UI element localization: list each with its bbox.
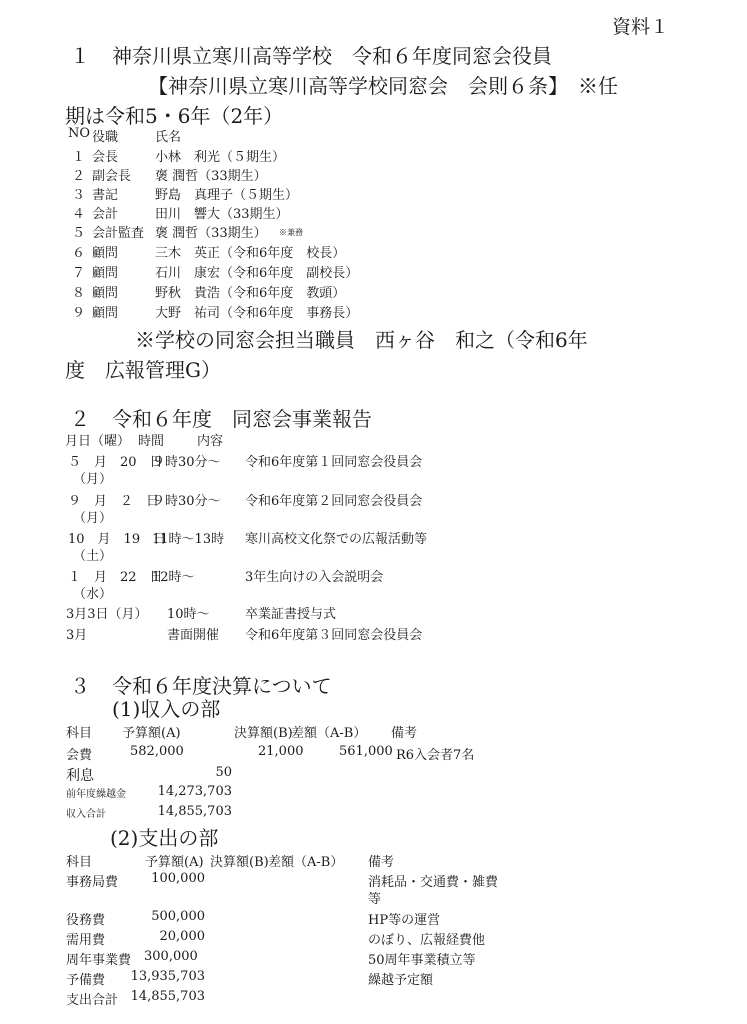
income-title: (1)収入の部 <box>112 693 220 722</box>
event-time: 書面開催 <box>167 624 219 643</box>
officer-no: ９ <box>72 302 85 321</box>
expense-note-cont: 等 <box>368 888 381 907</box>
staff-note-line1: ※学校の同窓会担当職員 西ヶ谷 和之（令和6年 <box>135 324 588 353</box>
event-weekday: （月） <box>73 468 112 487</box>
officer-role: 会長 <box>92 146 118 165</box>
expense-budget: 300,000 <box>144 949 198 964</box>
expense-budget: 14,855,703 <box>120 989 205 1004</box>
officer-name: 田川 響大（33期生） <box>155 203 289 222</box>
income-diff: 561,000 <box>339 744 393 759</box>
expense-item: 支出合計 <box>66 989 118 1008</box>
officers-header-name: 氏名 <box>155 126 181 145</box>
income-note: R6入会者7名 <box>396 744 474 763</box>
officer-role: 副会長 <box>92 165 131 184</box>
income-budget: 14,855,703 <box>150 804 232 819</box>
income-header-item: 科目 <box>66 722 92 741</box>
officer-role: 顧問 <box>92 262 118 281</box>
income-item: 会費 <box>66 744 92 763</box>
officer-name: 三木 英正（令和6年度 校長） <box>155 242 345 261</box>
event-date: 3月 <box>66 624 87 643</box>
expense-item: 予備費 <box>66 969 105 988</box>
expense-header-item: 科目 <box>66 851 92 870</box>
officer-role: 顧問 <box>92 302 118 321</box>
income-budget: 14,273,703 <box>150 784 232 799</box>
section3-number: ３ <box>70 670 90 699</box>
expense-note: 消耗品・交通費・雑費 <box>368 871 498 890</box>
section1-rule-line1: 【神奈川県立寒川高等学校同窓会 会則６条】 ※任 <box>148 70 618 99</box>
officer-no: ３ <box>72 184 85 203</box>
officer-name: 褒 潤哲（33期生） <box>155 222 267 241</box>
section1-title: 神奈川県立寒川高等学校 令和６年度同窓会役員 <box>112 40 552 69</box>
document-label: 資料１ <box>612 12 669 39</box>
officer-role: 書記 <box>92 184 118 203</box>
event-time: 12時～ <box>152 566 195 585</box>
income-item: 収入合計 <box>66 805 106 820</box>
expense-budget: 100,000 <box>140 871 205 886</box>
officer-name: 野島 真理子（５期生） <box>155 184 298 203</box>
event-content: 令和6年度第２回同窓会役員会 <box>245 490 422 509</box>
income-header-actual: 決算額(B) <box>234 722 293 741</box>
expense-item: 役務費 <box>66 909 105 928</box>
income-budget: 582,000 <box>130 744 184 759</box>
expense-header-diff: 差額（A-B） <box>268 851 343 870</box>
officer-note: ※兼務 <box>279 227 303 238</box>
events-header-date: 月日（曜） <box>65 430 130 449</box>
staff-note-line2: 度 広報管理G） <box>65 354 221 383</box>
expense-item: 事務局費 <box>66 871 118 890</box>
section1-rule-line2: 期は令和5・6年（2年） <box>65 100 283 129</box>
expense-budget: 500,000 <box>140 909 205 924</box>
income-item: 利息 <box>66 765 94 785</box>
officer-name: 野秋 貴浩（令和6年度 教頭） <box>155 282 345 301</box>
event-date: 3月3日（月） <box>66 603 148 622</box>
officers-header-role: 役職 <box>92 126 118 145</box>
officer-name: 石川 康宏（令和6年度 副校長） <box>155 262 358 281</box>
officer-role: 顧問 <box>92 242 118 261</box>
officer-no: ４ <box>72 203 85 222</box>
event-content: 卒業証書授与式 <box>245 603 336 622</box>
expense-note: 50周年事業積立等 <box>368 949 476 968</box>
event-weekday: （水） <box>73 583 112 602</box>
expense-note: HP等の運営 <box>368 909 440 928</box>
expense-item: 需用費 <box>66 929 105 948</box>
officer-no: １ <box>72 146 85 165</box>
section2-title: 令和６年度 同窓会事業報告 <box>112 403 372 432</box>
income-header-note: 備考 <box>391 722 417 741</box>
expense-item: 周年事業費 <box>66 949 131 968</box>
income-header-diff: 差額（A-B） <box>291 722 366 741</box>
officer-role: 顧問 <box>92 282 118 301</box>
officer-role: 会計監査 <box>92 222 144 241</box>
officer-name: 褒 潤哲（33期生） <box>155 165 267 184</box>
events-header-time: 時間 <box>138 430 164 449</box>
income-header-budget: 予算額(A) <box>122 722 181 741</box>
event-time: ９時30分～ <box>152 451 221 470</box>
event-content: 令和6年度第１回同窓会役員会 <box>245 451 422 470</box>
officer-no: ２ <box>72 165 85 184</box>
event-time: 11時～13時 <box>152 528 224 547</box>
events-header-content: 内容 <box>197 430 223 449</box>
event-weekday: （月） <box>73 507 112 526</box>
officer-role: 会計 <box>92 203 118 222</box>
expense-budget: 20,000 <box>140 929 205 944</box>
income-budget: 50 <box>180 765 232 780</box>
officer-name: 小林 利光（５期生） <box>155 146 285 165</box>
officer-name: 大野 祐司（令和6年度 事務長） <box>155 302 358 321</box>
officers-header-no: NO <box>68 126 90 141</box>
officer-no: ７ <box>72 262 85 281</box>
expense-budget: 13,935,703 <box>120 969 205 984</box>
expense-header-actual: 決算額(B) <box>210 851 269 870</box>
officer-no: ５ <box>72 222 85 241</box>
section2-number: ２ <box>70 403 90 432</box>
expense-header-note: 備考 <box>368 851 394 870</box>
expense-note: のぼり、広報経費他 <box>368 929 485 948</box>
section1-number: １ <box>70 40 90 69</box>
event-content: 令和6年度第３回同窓会役員会 <box>245 624 422 643</box>
event-time: ９時30分～ <box>152 490 221 509</box>
expense-header-budget: 予算額(A) <box>145 851 204 870</box>
expense-note: 繰越予定額 <box>368 969 433 988</box>
income-item: 前年度繰越金 <box>66 785 126 800</box>
event-content: 寒川高校文化祭での広報活動等 <box>245 528 427 547</box>
event-time: 10時～ <box>167 603 210 622</box>
officer-no: ８ <box>72 282 85 301</box>
event-content: 3年生向けの入会説明会 <box>245 566 383 585</box>
income-actual: 21,000 <box>258 744 304 759</box>
event-weekday: （土） <box>73 545 112 564</box>
officer-no: ６ <box>72 242 85 261</box>
expense-title: (2)支出の部 <box>110 822 218 851</box>
